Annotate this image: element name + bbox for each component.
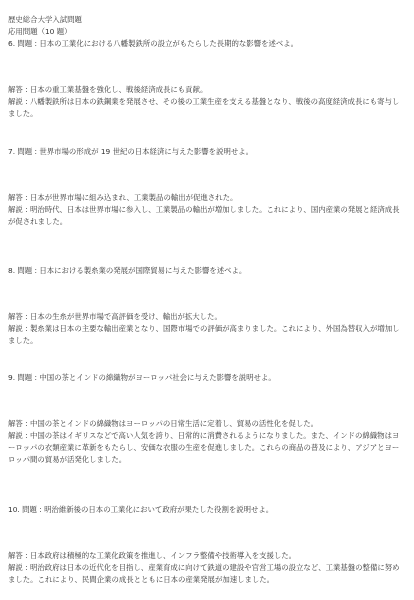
document-subtitle: 応用問題（10 題） [8, 26, 406, 38]
answer-10: 解答 : 日本政府は積極的な工業化政策を推進し、インフラ整備や技術導入を支援した… [8, 550, 406, 562]
answer-7: 解答 : 日本が世界市場に組み込まれ、工業製品の輸出が促進された。 [8, 192, 406, 204]
explanation-6: 解説 : 八幡製鉄所は日本の鉄鋼業を発展させ、その後の工業生産を支える基盤となり… [8, 96, 406, 120]
answer-6: 解答 : 日本の重工業基盤を強化し、戦後経済成長にも貢献。 [8, 84, 406, 96]
question-10: 10. 問題 : 明治維新後の日本の工業化において政府が果たした役割を説明せよ。 [8, 504, 406, 516]
explanation-8: 解説 : 製糸業は日本の主要な輸出産業となり、国際市場での評価が高まりました。こ… [8, 323, 406, 347]
question-6: 6. 問題 : 日本の工業化における八幡製鉄所の設立がもたらした長期的な影響を述… [8, 38, 406, 50]
question-9: 9. 問題 : 中国の茶とインドの綿織物がヨーロッパ社会に与えた影響を説明せよ。 [8, 372, 406, 384]
question-7: 7. 問題 : 世界市場の形成が 19 世紀の日本経済に与えた影響を説明せよ。 [8, 146, 406, 158]
answer-8: 解答 : 日本の生糸が世界市場で高評価を受け、輸出が拡大した。 [8, 311, 406, 323]
answer-9: 解答 : 中国の茶とインドの綿織物はヨーロッパの日常生活に定着し、貿易の活性化を… [8, 418, 406, 430]
explanation-10: 解説 : 明治政府は日本の近代化を目指し、産業育成に向けて鉄道の建設や官営工場の… [8, 562, 406, 586]
question-8: 8. 問題 : 日本における製糸業の発展が国際貿易に与えた影響を述べよ。 [8, 265, 406, 277]
document-page: 歴史総合大学入試問題 応用問題（10 題） 6. 問題 : 日本の工業化における… [0, 0, 414, 600]
explanation-7: 解説 : 明治時代、日本は世界市場に参入し、工業製品の輸出が増加しました。これに… [8, 204, 406, 228]
document-title: 歴史総合大学入試問題 [8, 14, 406, 26]
explanation-9: 解説 : 中国の茶はイギリスなどで高い人気を誇り、日常的に消費されるようになりま… [8, 430, 406, 466]
